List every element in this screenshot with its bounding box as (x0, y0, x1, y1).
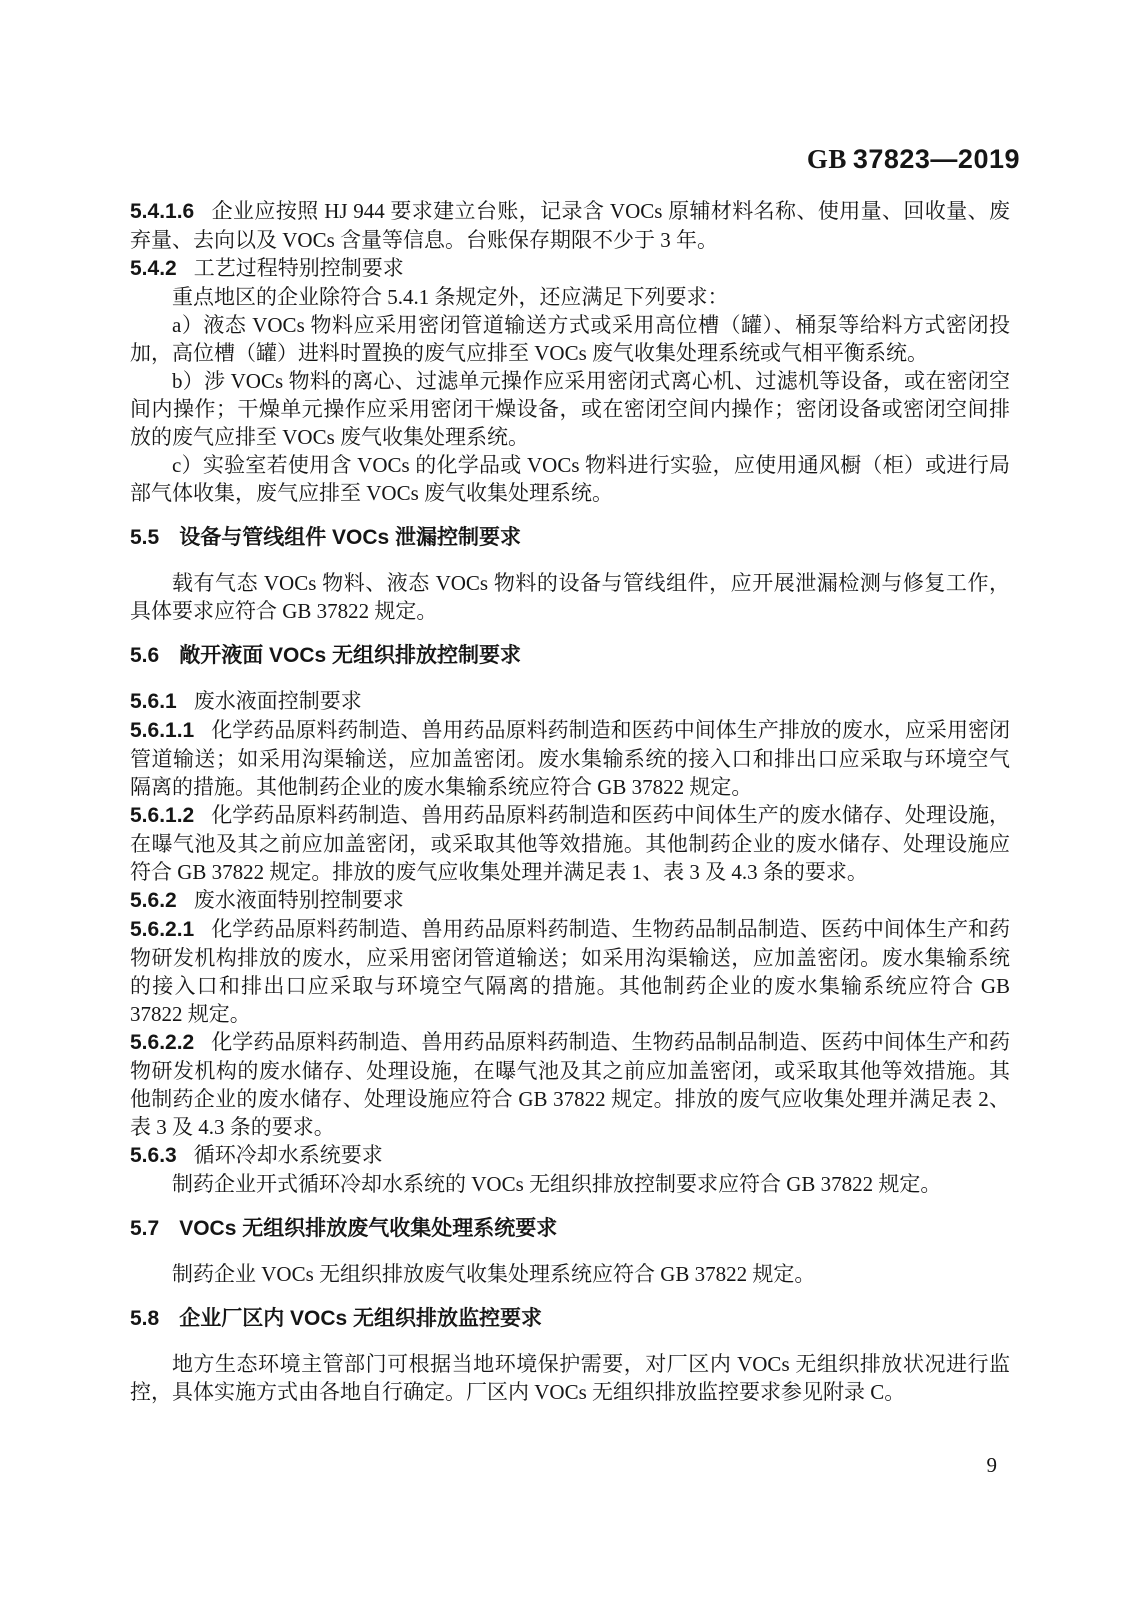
clause-number: 5.6.2.1 (130, 918, 194, 941)
section-heading-5-6-1: 5.6.1废水液面控制要求 (130, 687, 1010, 716)
paragraph-3: a）液态 VOCs 物料应采用密闭管道输送方式或采用高位槽（罐）、桶泵等给料方式… (130, 311, 1010, 367)
section-heading-5-6: 5.6敞开液面 VOCs 无组织排放控制要求 (130, 642, 1010, 670)
paragraph-5-6-1-1: 5.6.1.1化学药品原料药制造、兽用药品原料药制造和医药中间体生产排放的废水，… (130, 716, 1010, 801)
paragraph-2: 重点地区的企业除符合 5.4.1 条规定外，还应满足下列要求： (130, 283, 1010, 311)
paragraph-20: 地方生态环境主管部门可根据当地环境保护需要，对厂区内 VOCs 无组织排放状况进… (130, 1350, 1010, 1406)
clause-text: 企业厂区内 VOCs 无组织排放监控要求 (179, 1307, 542, 1330)
clause-text: 化学药品原料药制造、兽用药品原料药制造、生物药品制品制造、医药中间体生产和药物研… (130, 1030, 1010, 1139)
clause-text: 重点地区的企业除符合 5.4.1 条规定外，还应满足下列要求： (172, 285, 729, 309)
clause-number: 5.6.3 (130, 1144, 177, 1167)
clause-text: b）涉 VOCs 物料的离心、过滤单元操作应采用密闭式离心机、过滤机等设备，或在… (130, 369, 1010, 449)
paragraph-5-6-2-2: 5.6.2.2化学药品原料药制造、兽用药品原料药制造、生物药品制品制造、医药中间… (130, 1028, 1010, 1141)
clause-number: 5.4.2 (130, 257, 177, 280)
paragraph-4: b）涉 VOCs 物料的离心、过滤单元操作应采用密闭式离心机、过滤机等设备，或在… (130, 367, 1010, 451)
clause-text: 载有气态 VOCs 物料、液态 VOCs 物料的设备与管线组件，应开展泄漏检测与… (130, 571, 1010, 623)
clause-number: 5.6.2 (130, 889, 177, 912)
clause-text: 化学药品原料药制造、兽用药品原料药制造和医药中间体生产排放的废水，应采用密闭管道… (130, 718, 1010, 799)
clause-text: 制药企业开式循环冷却水系统的 VOCs 无组织排放控制要求应符合 GB 3782… (172, 1172, 941, 1196)
clause-number: 5.4.1.6 (130, 200, 194, 223)
standard-code-prefix: GB (807, 144, 847, 174)
standard-code: GB37823—2019 (807, 144, 1020, 175)
section-heading-5-5: 5.5设备与管线组件 VOCs 泄漏控制要求 (130, 524, 1010, 552)
clause-text: 化学药品原料药制造、兽用药品原料药制造和医药中间体生产的废水储存、处理设施，在曝… (130, 803, 1010, 884)
section-heading-5-6-3: 5.6.3循环冷却水系统要求 (130, 1141, 1010, 1170)
paragraph-5-6-2-1: 5.6.2.1化学药品原料药制造、兽用药品原料药制造、生物药品制品制造、医药中间… (130, 915, 1010, 1028)
document-page: GB37823—2019 5.4.1.6企业应按照 HJ 944 要求建立台账，… (0, 0, 1140, 1600)
paragraph-5: c）实验室若使用含 VOCs 的化学品或 VOCs 物料进行实验，应使用通风橱（… (130, 451, 1010, 507)
clause-text: 废水液面特别控制要求 (194, 888, 404, 912)
document-body: 5.4.1.6企业应按照 HJ 944 要求建立台账，记录含 VOCs 原辅材料… (130, 197, 1010, 1406)
paragraph-5-6-1-2: 5.6.1.2化学药品原料药制造、兽用药品原料药制造和医药中间体生产的废水储存、… (130, 801, 1010, 886)
clause-text: 循环冷却水系统要求 (194, 1143, 383, 1167)
clause-number: 5.6.2.2 (130, 1031, 194, 1054)
clause-text: 地方生态环境主管部门可根据当地环境保护需要，对厂区内 VOCs 无组织排放状况进… (130, 1352, 1010, 1404)
section-heading-5-7: 5.7VOCs 无组织排放废气收集处理系统要求 (130, 1215, 1010, 1243)
clause-text: 废水液面控制要求 (194, 689, 362, 713)
clause-text: 化学药品原料药制造、兽用药品原料药制造、生物药品制品制造、医药中间体生产和药物研… (130, 917, 1010, 1026)
standard-code-number: 37823—2019 (853, 144, 1020, 174)
clause-text: 制药企业 VOCs 无组织排放废气收集处理系统应符合 GB 37822 规定。 (172, 1262, 815, 1286)
clause-number: 5.7 (130, 1217, 159, 1240)
clause-text: 企业应按照 HJ 944 要求建立台账，记录含 VOCs 原辅材料名称、使用量、… (130, 199, 1010, 252)
clause-number: 5.5 (130, 526, 159, 549)
clause-text: a）液态 VOCs 物料应采用密闭管道输送方式或采用高位槽（罐）、桶泵等给料方式… (130, 313, 1010, 365)
clause-text: c）实验室若使用含 VOCs 的化学品或 VOCs 物料进行实验，应使用通风橱（… (130, 453, 1010, 505)
page-number: 9 (987, 1453, 998, 1478)
section-heading-5-8: 5.8企业厂区内 VOCs 无组织排放监控要求 (130, 1305, 1010, 1333)
section-heading-5-6-2: 5.6.2废水液面特别控制要求 (130, 886, 1010, 915)
clause-text: VOCs 无组织排放废气收集处理系统要求 (179, 1217, 557, 1240)
clause-number: 5.6 (130, 644, 159, 667)
section-heading-5-4-2: 5.4.2工艺过程特别控制要求 (130, 254, 1010, 283)
clause-number: 5.6.1 (130, 690, 177, 713)
clause-text: 设备与管线组件 VOCs 泄漏控制要求 (179, 526, 521, 549)
clause-number: 5.6.1.1 (130, 719, 194, 742)
paragraph-18: 制药企业 VOCs 无组织排放废气收集处理系统应符合 GB 37822 规定。 (130, 1260, 1010, 1288)
clause-text: 敞开液面 VOCs 无组织排放控制要求 (179, 644, 521, 667)
clause-number: 5.6.1.2 (130, 804, 194, 827)
paragraph-7: 载有气态 VOCs 物料、液态 VOCs 物料的设备与管线组件，应开展泄漏检测与… (130, 569, 1010, 625)
paragraph-16: 制药企业开式循环冷却水系统的 VOCs 无组织排放控制要求应符合 GB 3782… (130, 1170, 1010, 1198)
clause-text: 工艺过程特别控制要求 (194, 256, 404, 280)
clause-number: 5.8 (130, 1307, 159, 1330)
paragraph-5-4-1-6: 5.4.1.6企业应按照 HJ 944 要求建立台账，记录含 VOCs 原辅材料… (130, 197, 1010, 254)
